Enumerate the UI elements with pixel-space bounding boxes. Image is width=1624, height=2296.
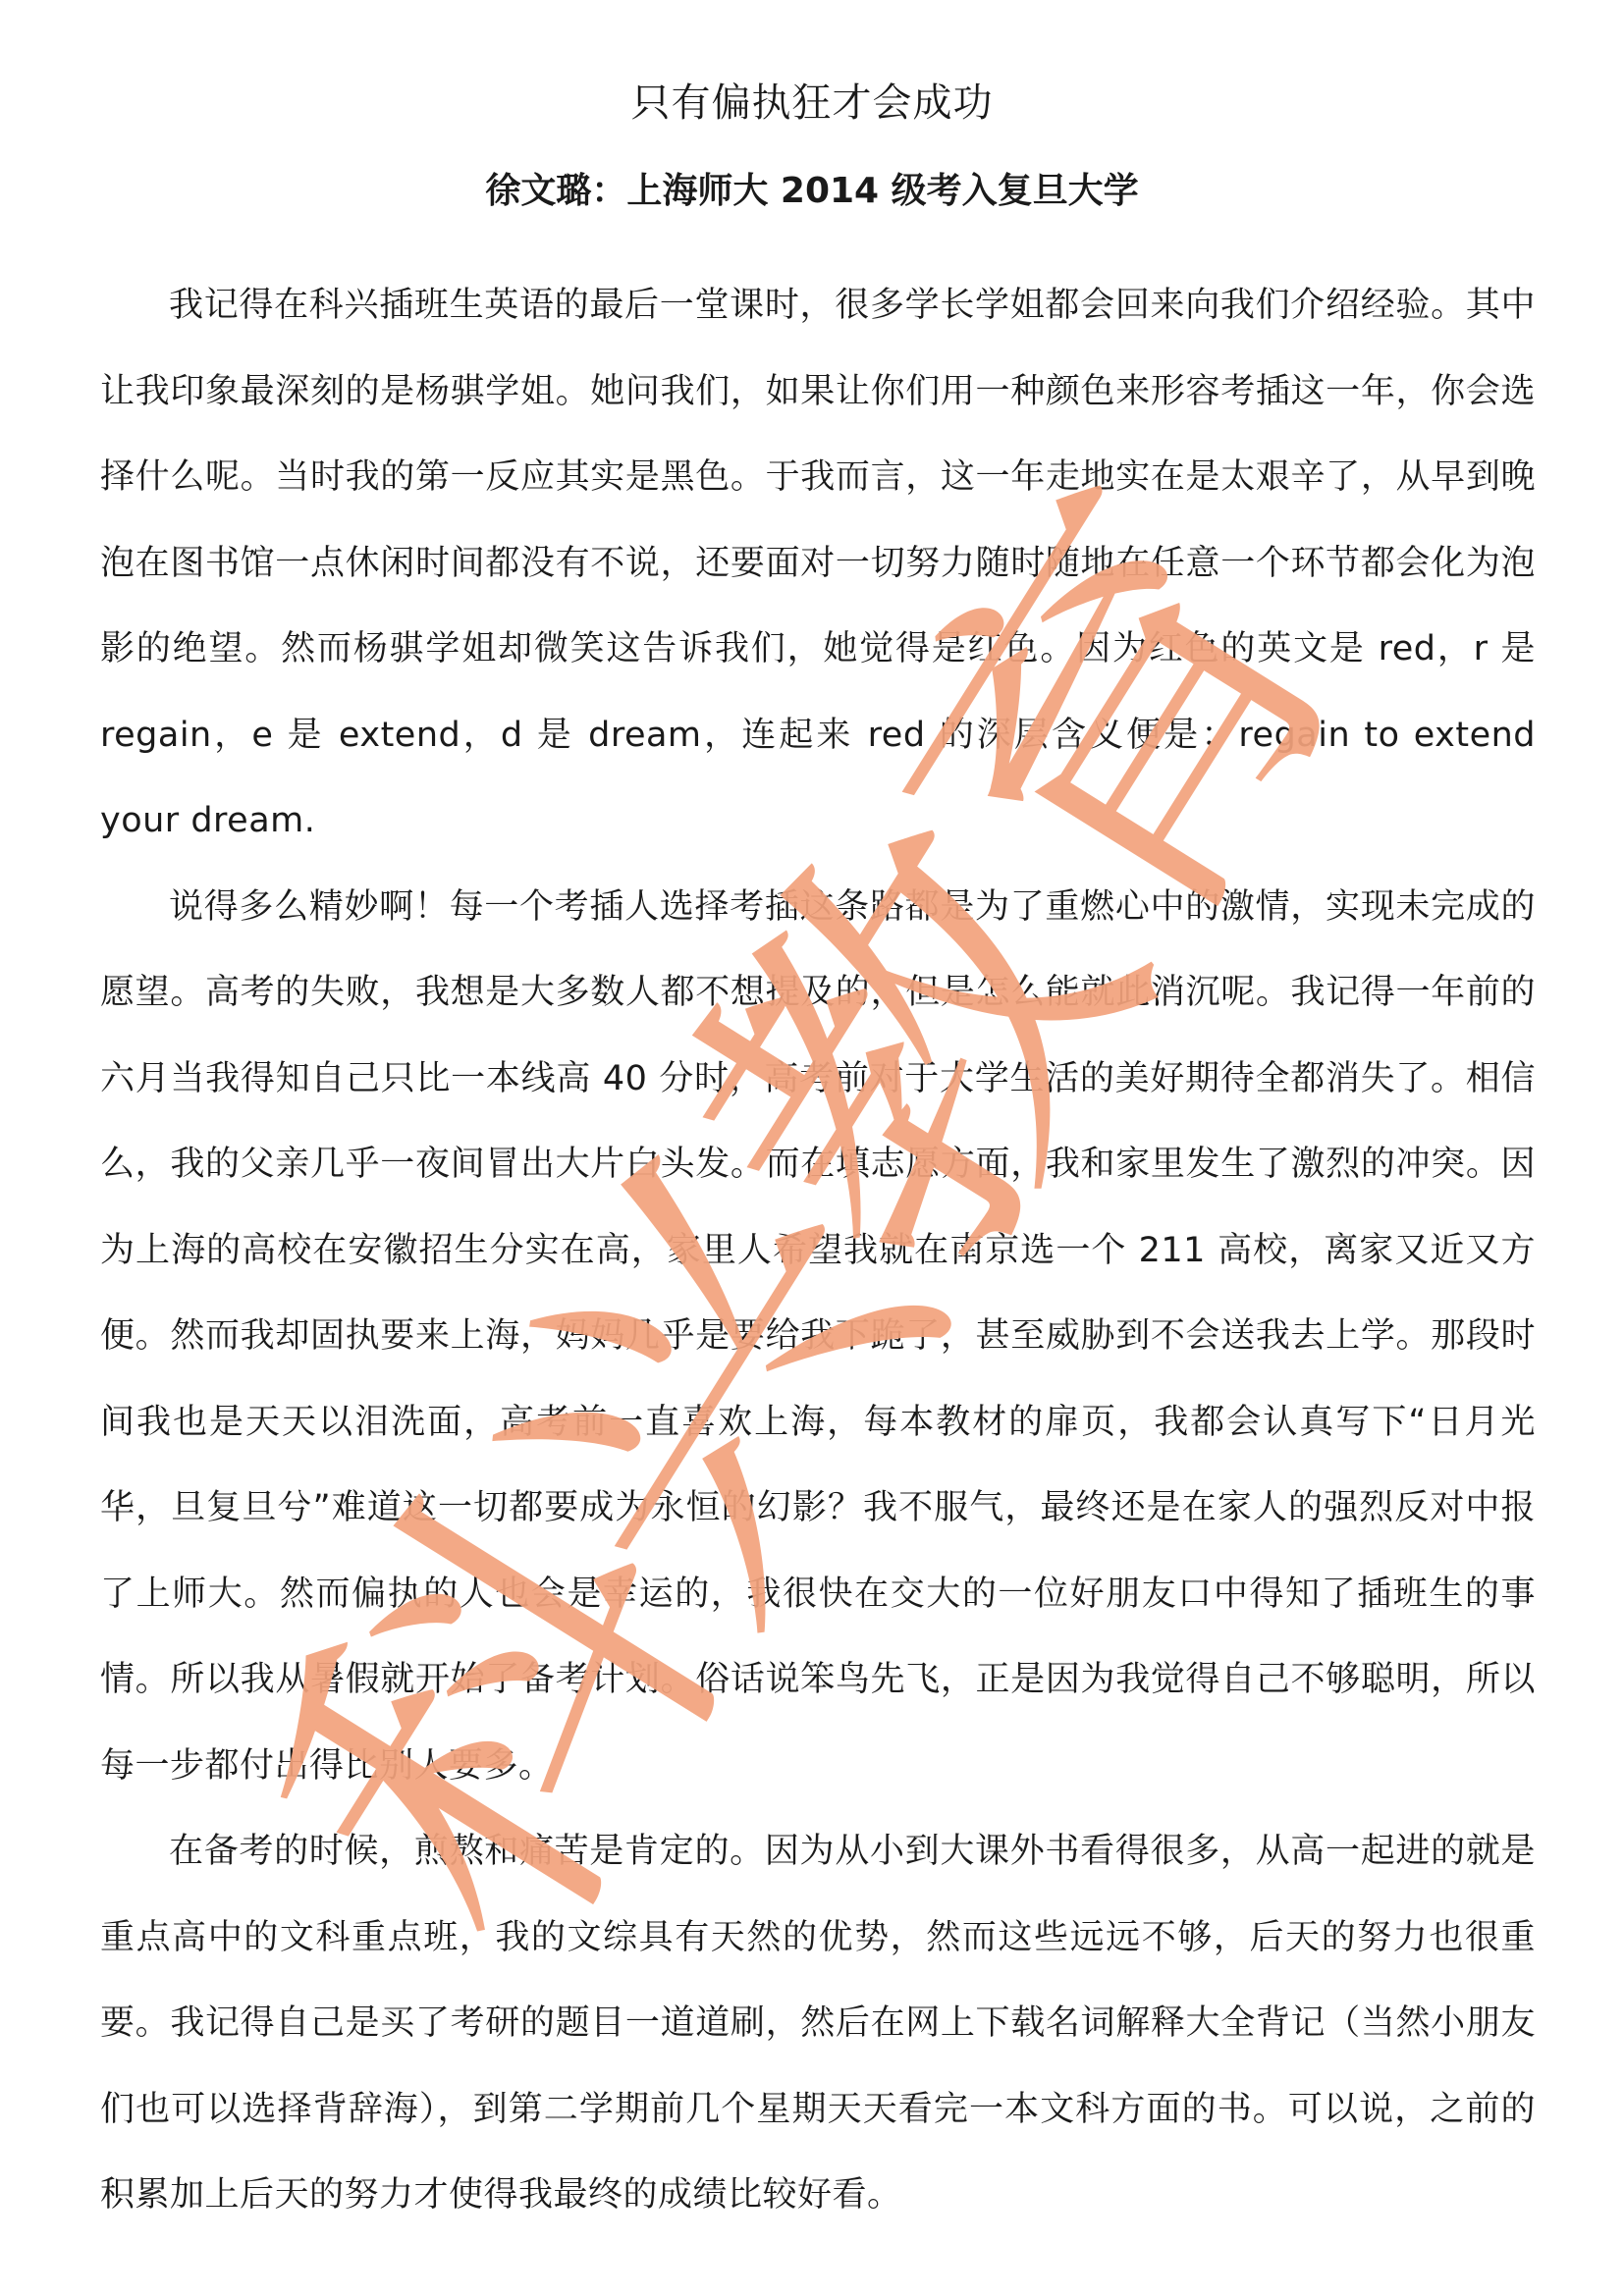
- document-title: 只有偏执狂才会成功: [0, 78, 1624, 129]
- paragraph: 我记得在科兴插班生英语的最后一堂课时，很多学长学姐都会回来向我们介绍经验。其中让…: [100, 263, 1536, 865]
- paragraph: 在备考的时候，煎熬和痛苦是肯定的。因为从小到大课外书看得很多，从高一起进的就是重…: [100, 1809, 1536, 2239]
- document-page: 只有偏执狂才会成功 徐文璐：上海师大 2014 级考入复旦大学 我记得在科兴插班…: [0, 0, 1624, 2296]
- document-body: 我记得在科兴插班生英语的最后一堂课时，很多学长学姐都会回来向我们介绍经验。其中让…: [100, 263, 1536, 2239]
- document-subtitle: 徐文璐：上海师大 2014 级考入复旦大学: [0, 167, 1624, 216]
- paragraph: 说得多么精妙啊！每一个考插人选择考插这条路都是为了重燃心中的激情，实现未完成的愿…: [100, 865, 1536, 1810]
